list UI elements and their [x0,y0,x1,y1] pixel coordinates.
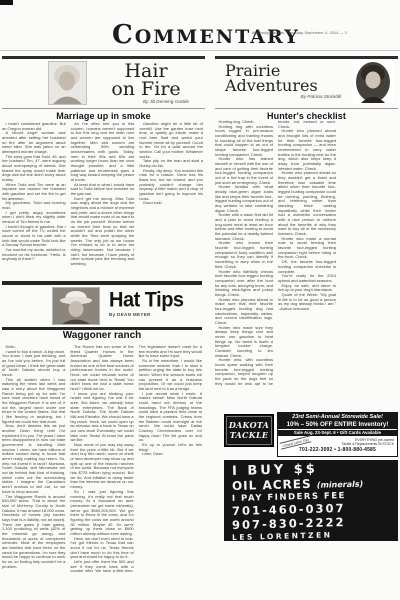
advertiser-name-line2: TACKLE [225,431,273,440]
sale-discount-line: 10% – 50% OFF ENTIRE Inventory! [278,421,397,429]
sale-phone-numbers: 701-222-3092 • 1-800-880-4585 [278,447,397,453]
storewide-sale-ad: 23rd Semi-Annual Storewide Sale! 10% – 5… [277,412,398,457]
column-title-line2: Adventures [225,78,345,93]
paragraph: At least that is what I would have said … [71,183,135,197]
column-byline: By Jill Denning Gackle [87,99,205,104]
dean-meyer-photo [52,287,100,325]
prairie-adventures-article-body: Hunting dog. Check.Hunting dog with coun… [215,120,399,393]
paragraph: The story goes that Todd, 45, and her hu… [2,155,66,183]
paragraph: Hunter familiar with what deadly blue-gr… [215,185,273,213]
article-headline: Waggoner ranch [2,330,202,341]
dateline: McClusky Gazette, Thursday September 4, … [252,31,398,35]
paragraph: Hunter who has trained himself or hersel… [215,157,273,185]
prairie-adventures-masthead: Prairie Adventures By Patricia Stockdill… [215,56,398,122]
paragraph: When Todd and Tim were at an impasse she… [2,183,66,202]
paragraph: Hunter who made a mental note to avoid f… [278,237,336,260]
paragraph: Hunter who planned ahead so they wouldn'… [278,171,336,236]
paragraph: So in the meantime, I would like someone… [139,359,202,392]
paragraph: I know you are shaking your heads and fi… [70,392,133,443]
paragraph: Hunter who knows their favorite four-leg… [215,241,273,269]
oil-ad-line2-paren: (minerals) [317,480,364,490]
patricia-stockdill-photo [353,61,393,103]
column-byline: By DEAN MEYER [109,312,184,317]
portrait-woman-dark-hair [353,61,393,103]
column-title: Hat Tips [109,289,184,311]
paragraph: Heck, we don't even need to look. I've g… [70,537,133,560]
paragraph: Now, don't dismiss this as just another … [2,424,65,494]
paragraph: The Ranch has run some of the finest Qua… [70,345,133,392]
paragraph: Hunting dog with countless hours logged … [215,125,273,158]
section-title: Commentary [112,22,300,48]
paragraph: I've worried my aunts, whistled or knock… [2,248,66,262]
paragraph: So I was just figuring this morning, it'… [70,490,133,537]
paragraph: Good luck! [139,201,203,206]
hair-on-fire-article-body: I hadn't considered gasoline. But an Ore… [2,122,203,271]
paragraph: Hunter who planned ahead to make sure th… [215,298,273,326]
paragraph: Now, some of you may shy away from the p… [70,443,133,490]
paragraph: Finally, dig deep. You married this man … [139,169,203,202]
portrait-woman-light-hair [49,62,86,104]
paragraph: Quote of the Week: "My goal in life is t… [278,293,336,312]
hat-tips-masthead: Hat Tips By DEAN MEYER [2,281,202,330]
sale-headline: 23rd Semi-Annual Storewide Sale! [278,413,397,421]
paragraph: Hunter who made sure they always keep th… [215,326,273,359]
paragraph: I want to buy a ranch. A big ranch. You … [2,350,65,378]
jill-gackle-photo [48,61,87,105]
oil-acres-ad: I BUY $$ OIL ACRES (minerals) I PAY FIND… [224,460,398,541]
article-headline: Marriage up in smoke [2,109,205,122]
portrait-man-cowboy-hat [53,288,99,324]
paragraph: I just reread what I wrote. It makes sen… [139,392,202,443]
paragraph: I get pretty angry sometimes when I don'… [2,211,66,225]
paragraph: Don't get me wrong. Miss Todd was angry … [71,197,135,267]
oil-ad-line2-text: OIL ACRES [232,477,312,493]
paragraph: Hunter with a basic first aid kit and a … [215,213,273,241]
dakota-tackle-ad: DAKOTA TACKLE [224,414,274,447]
paragraph: Later, Dean [139,452,202,457]
column-title-line2: on Fire [87,80,205,98]
paragraph: Gasoline might be a little bit of overki… [139,122,203,159]
paragraph: Hunter who faithfully checks their favor… [215,270,273,298]
waggoner-ranch-article-body: Hello,I want to buy a ranch. A big ranch… [2,345,202,577]
paragraph: I hadn't thought of gasoline. But I have… [2,225,66,248]
sale-dates-line: Sale Aug. 23-Sept. 6 • Gift Cards Availa… [278,429,397,437]
paragraph: This all started when I was watching the… [2,378,65,425]
hair-on-fire-masthead: Hair on Fire By Jill Denning Gackle Marr… [2,56,205,122]
newspaper-page: Commentary McClusky Gazette, Thursday Se… [0,0,400,600]
paragraph: A Mount Angel woman was arrested after s… [2,131,66,154]
scan-corner-mark [0,0,13,5]
masthead-rule [0,50,400,51]
paragraph: Hunter who planned ahead and brought lot… [278,129,336,171]
paragraph: As I've often told you in this column, h… [71,122,135,183]
paragraph: The Waggoner Ranch is around 550,000 acr… [2,495,65,570]
column-byline: By Patricia Stockdill [225,94,345,99]
paragraph: OK, the favorite four-legged hunting com… [278,260,336,274]
